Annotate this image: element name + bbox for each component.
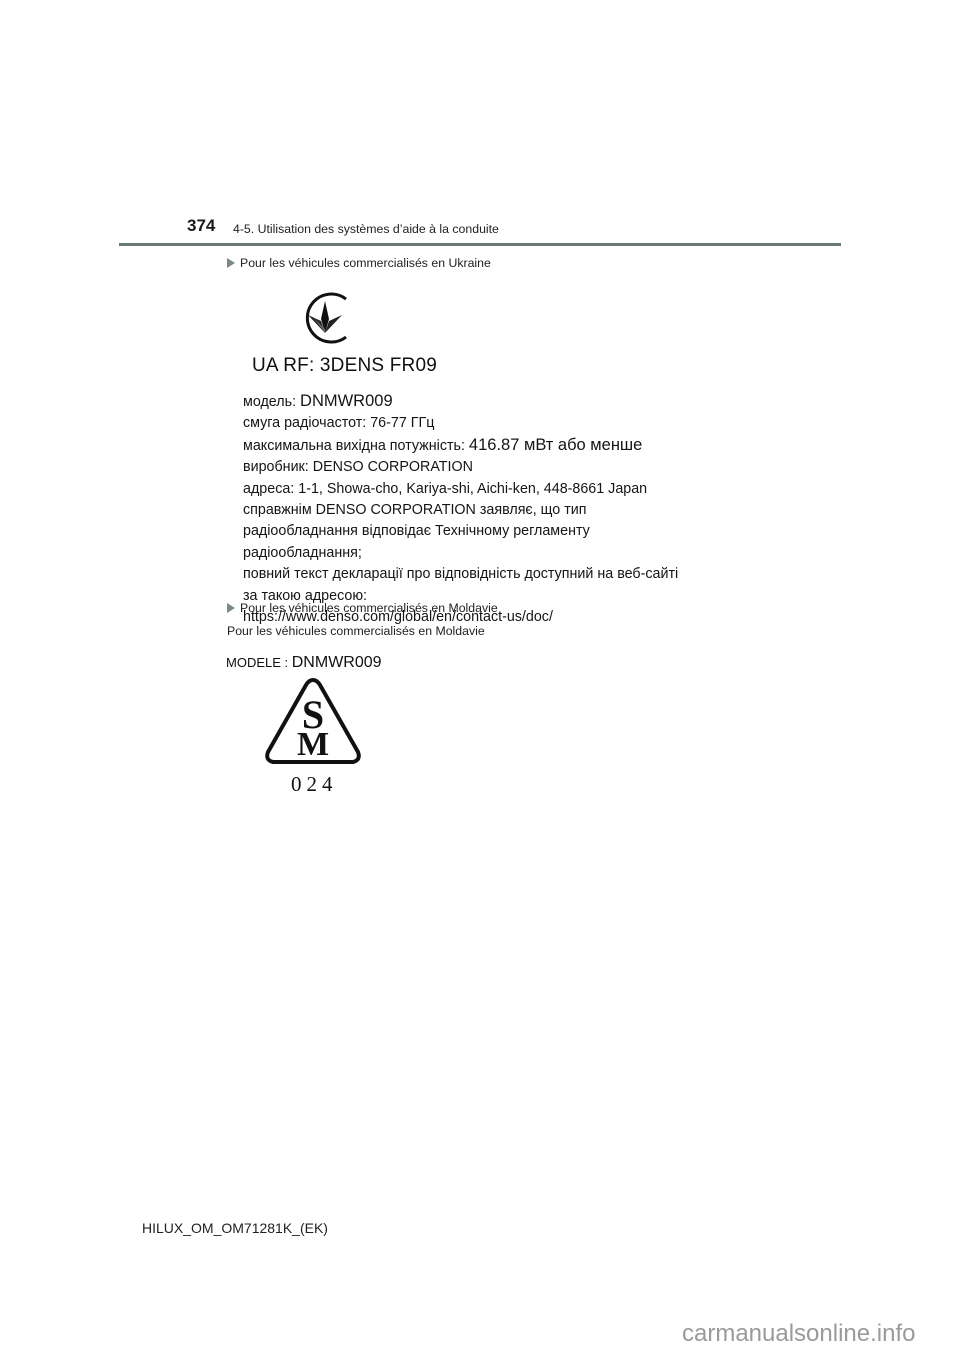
cert-line-manufacturer: виробник: DENSO CORPORATION <box>243 457 678 478</box>
cert-line-frequency: смуга радіочастот: 76-77 ГГц <box>243 413 678 434</box>
ukraine-rf-code: UA RF: 3DENS FR09 <box>252 355 437 377</box>
cert-line-declaration-2: радіообладнання відповідає Технічному ре… <box>243 521 678 542</box>
moldova-model: MODELE : DNMWR009 <box>226 654 382 672</box>
ukraine-certificate-text: модель: DNMWR009 смуга радіочастот: 76-7… <box>243 391 678 628</box>
moldova-bullet-text: Pour les véhicules commercialisés en Mol… <box>240 601 498 615</box>
cert-line-model: модель: DNMWR009 <box>243 391 678 413</box>
triangle-bullet-icon <box>227 258 235 268</box>
moldova-paragraph: Pour les véhicules commercialisés en Mol… <box>227 624 485 638</box>
section-title: 4-5. Utilisation des systèmes d’aide à l… <box>233 222 499 236</box>
cert-line-address: адреса: 1-1, Showa-cho, Kariya-shi, Aich… <box>243 479 678 500</box>
moldova-bullet-heading: Pour les véhicules commercialisés en Mol… <box>227 601 498 615</box>
page-number: 374 <box>187 216 215 236</box>
ukraine-bullet-heading: Pour les véhicules commercialisés en Ukr… <box>227 256 491 270</box>
cert-line-declaration-1: справжнім DENSO CORPORATION заявляє, що … <box>243 500 678 521</box>
model-value: DNMWR009 <box>292 654 382 671</box>
document-code: HILUX_OM_OM71281K_(EK) <box>142 1220 328 1236</box>
cert-line-declaration-3: радіообладнання; <box>243 543 678 564</box>
moldova-cert-code: 024 <box>291 772 338 797</box>
header-divider <box>119 243 841 246</box>
svg-text:M: M <box>297 726 329 763</box>
sm-conformity-mark-icon: S M <box>263 676 363 768</box>
ukraine-bullet-text: Pour les véhicules commercialisés en Ukr… <box>240 256 491 270</box>
ukraine-conformity-mark-icon <box>296 291 354 345</box>
cert-line-power: максимальна вихідна потужність: 416.87 м… <box>243 435 678 457</box>
triangle-bullet-icon <box>227 603 235 613</box>
model-label: MODELE : <box>226 655 292 670</box>
watermark: carmanualsonline.info <box>682 1320 915 1348</box>
cert-line-fulltext: повний текст декларації про відповідніст… <box>243 564 678 585</box>
